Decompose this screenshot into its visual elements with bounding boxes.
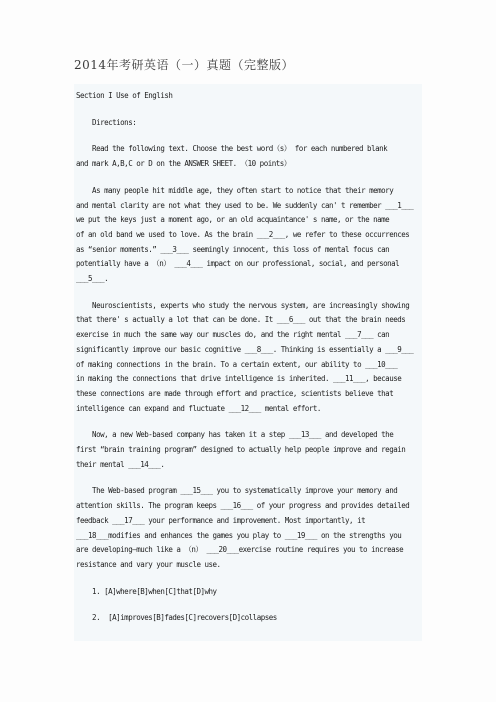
page: { "page": { "title": "2014年考研英语（一）真题（完整版… [0,0,496,702]
passage-paragraph-1: As many people hit middle age, they ofte… [76,184,420,287]
directions-label: Directions: [76,116,420,131]
directions-text: Read the following text. Choose the best… [76,142,420,171]
section-heading: Section I Use of English [76,89,420,104]
page-title: 2014年考研英语（一）真题（完整版） [74,56,294,73]
passage-paragraph-2: Neuroscientists, experts who study the n… [76,299,420,417]
question-2: 2. [A]improves[B]fades[C]recovers[D]coll… [76,611,420,626]
exam-document: Section I Use of English Directions: Rea… [74,84,422,641]
passage-paragraph-3: Now, a new Web-based company has taken i… [76,428,420,472]
passage-paragraph-4: The Web-based program ___15___ you to sy… [76,484,420,572]
question-1: 1. [A]where[B]when[C]that[D]why [76,585,420,600]
